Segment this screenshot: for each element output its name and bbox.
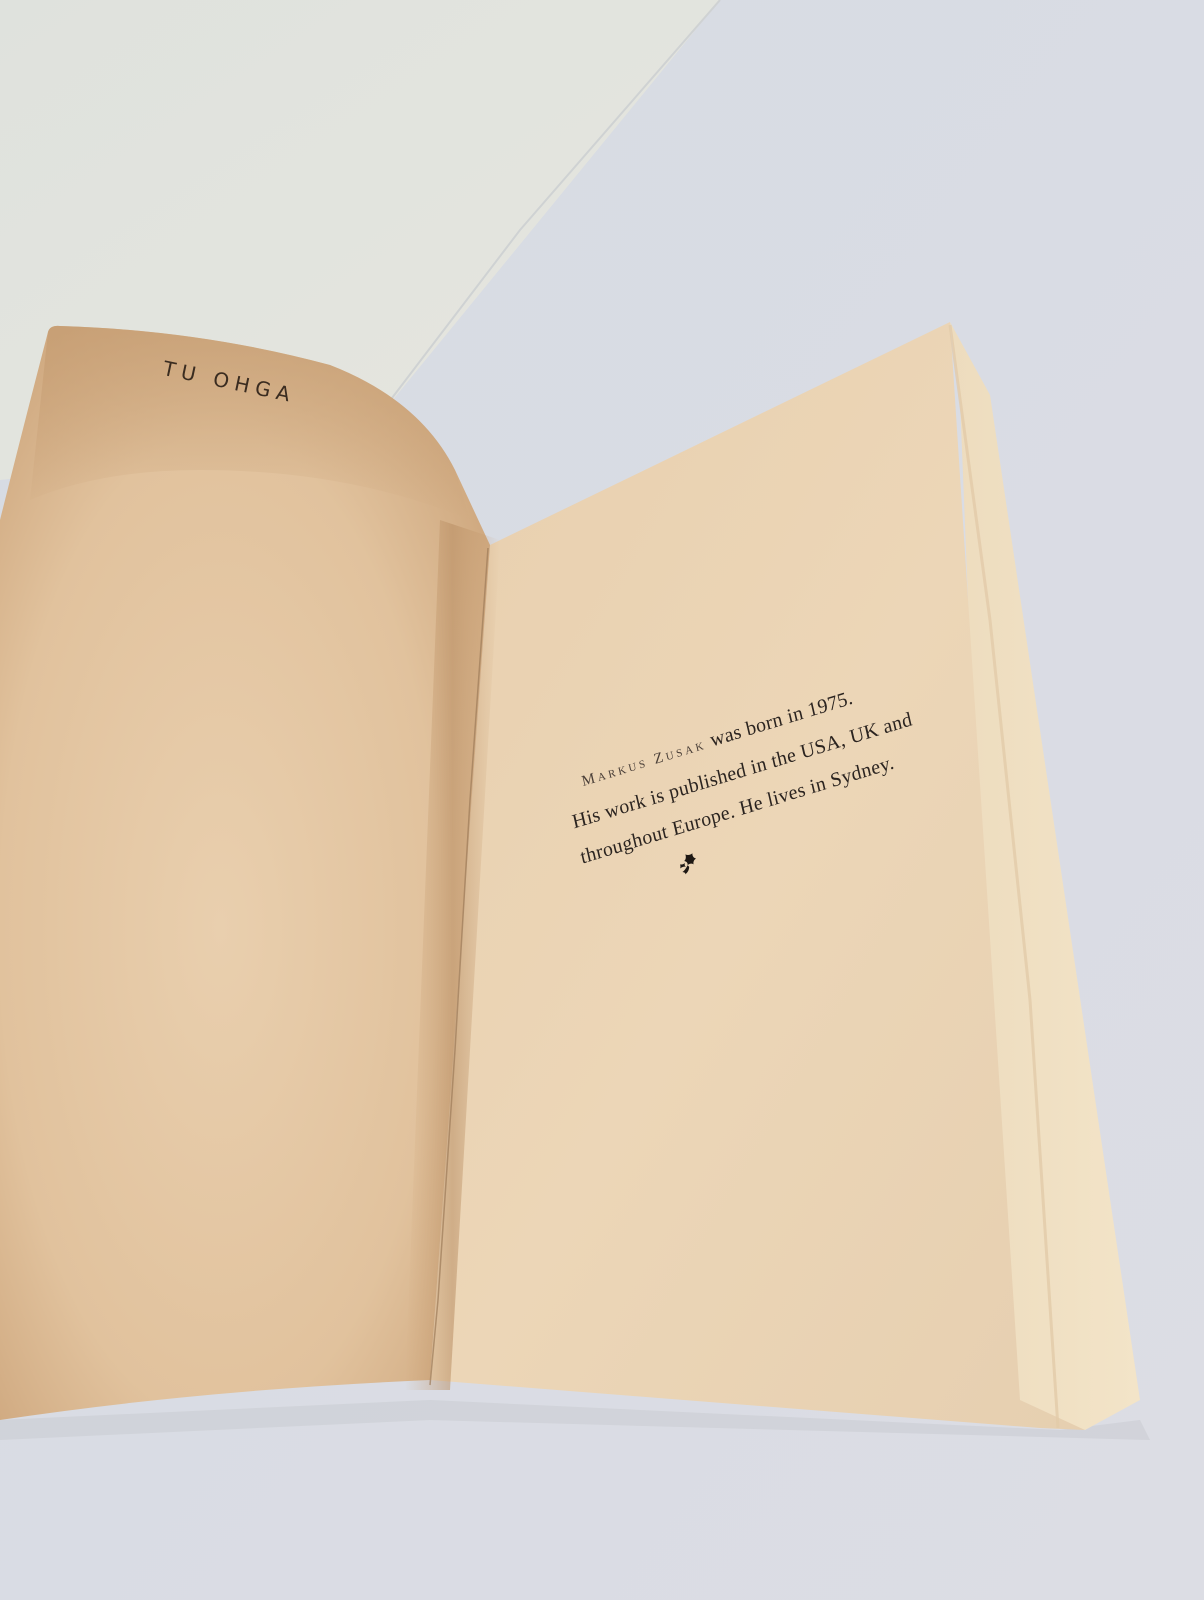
photo-scene: TU OHGA Markus Zusak was born in 1975. H… xyxy=(0,0,1204,1600)
